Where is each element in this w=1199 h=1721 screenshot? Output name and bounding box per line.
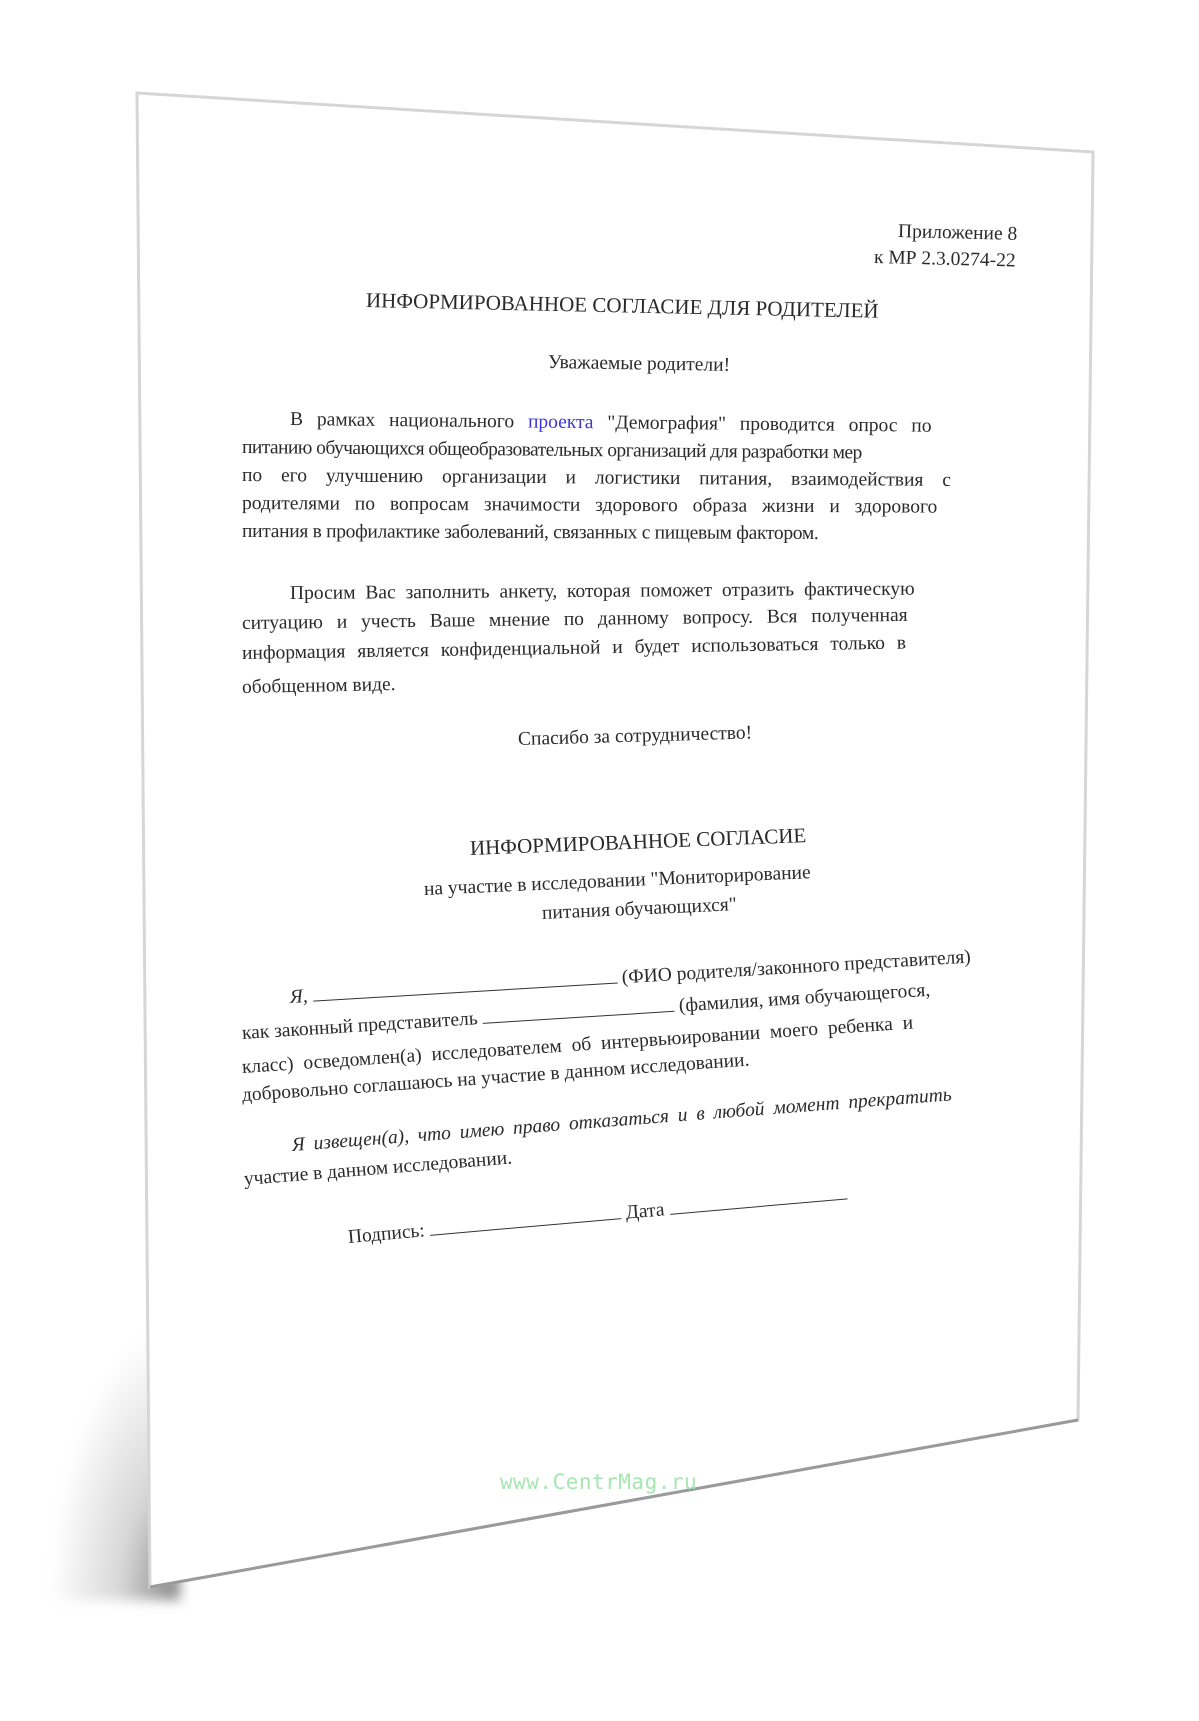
watermark: www.CentrMag.ru xyxy=(500,1470,697,1494)
paragraph1-line4: родителями по вопросам значимости здоров… xyxy=(242,494,937,517)
annex-number: Приложение 8 xyxy=(898,222,1018,244)
paragraph2-line1: Просим Вас заполнить анкету, которая пом… xyxy=(290,580,915,604)
greeting: Уважаемые родители! xyxy=(548,353,730,375)
paragraph2-line4: обобщенном виде. xyxy=(242,675,396,697)
annex-reference: к МР 2.3.0274-22 xyxy=(874,248,1016,271)
date-label: Дата xyxy=(625,1199,666,1223)
page-outline xyxy=(0,0,1199,1721)
document-sheet: Приложение 8 к МР 2.3.0274-22 ИНФОРМИРОВ… xyxy=(0,0,1199,1721)
paragraph1-line5: питания в профилактике заболеваний, связ… xyxy=(242,522,819,544)
project-link[interactable]: проекта xyxy=(528,411,594,433)
